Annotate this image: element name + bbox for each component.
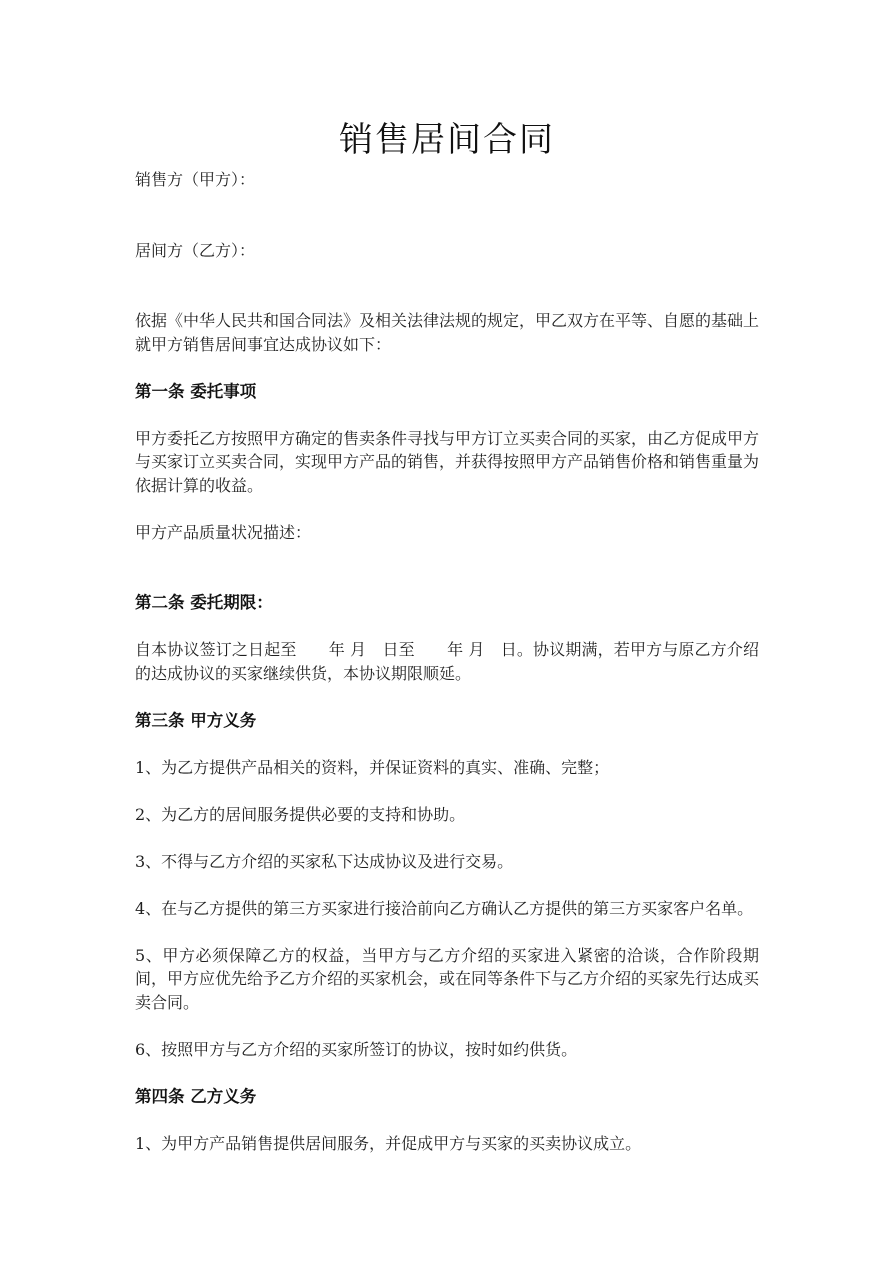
section-3-item-6: 6、按照甲方与乙方介绍的买家所签订的协议，按时如约供货。 (135, 1038, 759, 1062)
section-2-paragraph-term: 自本协议签订之日起至 年 月 日至 年 月 日。协议期满，若甲方与原乙方介绍的达… (135, 638, 759, 685)
section-3-item-4: 4、在与乙方提供的第三方买家进行接洽前向乙方确认乙方提供的第三方买家客户名单。 (135, 897, 759, 921)
contract-page: 销售居间合同 销售方（甲方）： 居间方（乙方）： 依据《中华人民共和国合同法》及… (0, 0, 893, 1263)
product-quality-description-label: 甲方产品质量状况描述： (135, 521, 759, 545)
section-1-paragraph-entrustment: 甲方委托乙方按照甲方确定的售卖条件寻找与甲方订立买卖合同的买家，由乙方促成甲方与… (135, 427, 759, 498)
section-3-heading: 第三条 甲方义务 (135, 709, 759, 733)
section-3-item-3: 3、不得与乙方介绍的买家私下达成协议及进行交易。 (135, 850, 759, 874)
preamble-paragraph: 依据《中华人民共和国合同法》及相关法律法规的规定，甲乙双方在平等、自愿的基础上就… (135, 309, 759, 356)
section-4-heading: 第四条 乙方义务 (135, 1085, 759, 1109)
party-agent-label: 居间方（乙方）： (135, 239, 759, 263)
section-2-heading: 第二条 委托期限： (135, 591, 759, 615)
section-3-item-2: 2、为乙方的居间服务提供必要的支持和协助。 (135, 803, 759, 827)
section-3-item-1: 1、为乙方提供产品相关的资料，并保证资料的真实、准确、完整； (135, 756, 759, 780)
section-3-item-5: 5、甲方必须保障乙方的权益，当甲方与乙方介绍的买家进入紧密的洽谈，合作阶段期间，… (135, 944, 759, 1015)
document-title: 销售居间合同 (135, 117, 759, 163)
section-1-heading: 第一条 委托事项 (135, 380, 759, 404)
section-4-item-1: 1、为甲方产品销售提供居间服务，并促成甲方与买家的买卖协议成立。 (135, 1132, 759, 1156)
party-seller-label: 销售方（甲方）： (135, 168, 759, 192)
